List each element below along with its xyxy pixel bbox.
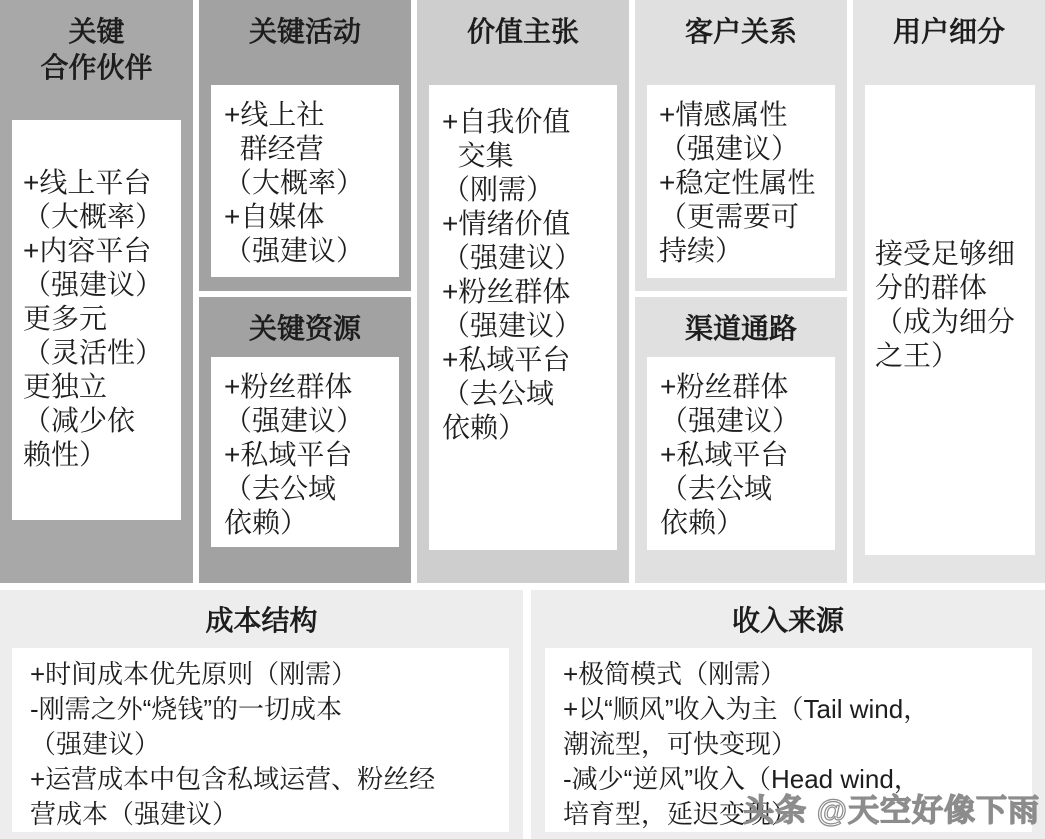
panel-items-key-activities: +线上社 群经营 （大概率） +自媒体 （强建议） bbox=[211, 85, 399, 277]
panel-key-activities: 关键活动 +线上社 群经营 （大概率） +自媒体 （强建议） bbox=[199, 0, 411, 291]
panel-user-segments: 用户细分 接受足够细 分的群体 （成为细分 之王） bbox=[853, 0, 1045, 583]
panel-key-resources: 关键资源 +粉丝群体 （强建议） +私域平台 （去公域 依赖） bbox=[199, 297, 411, 583]
panel-title-cost-structure: 成本结构 bbox=[0, 590, 523, 639]
panel-title-key-resources: 关键资源 bbox=[199, 297, 411, 347]
panel-cost-structure: 成本结构 +时间成本优先原则（刚需） -刚需之外“烧钱”的一切成本 （强建议） … bbox=[0, 590, 523, 839]
panel-key-partners: 关键 合作伙伴 +线上平台 （大概率） +内容平台 （强建议） 更多元 （灵活性… bbox=[0, 0, 193, 583]
panel-items-channels: +粉丝群体 （强建议） +私域平台 （去公域 依赖） bbox=[647, 357, 835, 550]
panel-title-key-activities: 关键活动 bbox=[199, 0, 411, 50]
panel-title-customer-relations: 客户关系 bbox=[635, 0, 847, 50]
panel-items-key-resources: +粉丝群体 （强建议） +私域平台 （去公域 依赖） bbox=[211, 357, 399, 547]
panel-title-user-segments: 用户细分 bbox=[853, 0, 1045, 50]
panel-title-key-partners: 关键 合作伙伴 bbox=[0, 0, 193, 86]
panel-value-proposition: 价值主张 +自我价值 交集 （刚需） +情绪价值 （强建议） +粉丝群体 （强建… bbox=[417, 0, 629, 583]
panel-title-channels: 渠道通路 bbox=[635, 297, 847, 347]
column-customer-channels: 客户关系 +情感属性 （强建议） +稳定性属性 （更需要可 持续） 渠道通路 +… bbox=[635, 0, 847, 583]
panel-items-value-proposition: +自我价值 交集 （刚需） +情绪价值 （强建议） +粉丝群体 （强建议） +私… bbox=[429, 85, 617, 550]
panel-items-key-partners: +线上平台 （大概率） +内容平台 （强建议） 更多元 （灵活性） 更独立 （减… bbox=[12, 120, 181, 520]
panel-items-user-segments: 接受足够细 分的群体 （成为细分 之王） bbox=[865, 85, 1035, 555]
panel-customer-relations: 客户关系 +情感属性 （强建议） +稳定性属性 （更需要可 持续） bbox=[635, 0, 847, 291]
panel-items-revenue-streams: +极简模式（刚需） +以“顺风”收入为主（Tail wind， 潮流型，可快变现… bbox=[545, 648, 1032, 832]
panel-revenue-streams: 收入来源 +极简模式（刚需） +以“顺风”收入为主（Tail wind， 潮流型… bbox=[531, 590, 1045, 839]
canvas-top-row: 关键 合作伙伴 +线上平台 （大概率） +内容平台 （强建议） 更多元 （灵活性… bbox=[0, 0, 1045, 583]
panel-title-revenue-streams: 收入来源 bbox=[531, 590, 1045, 639]
panel-title-value-proposition: 价值主张 bbox=[417, 0, 629, 50]
panel-items-cost-structure: +时间成本优先原则（刚需） -刚需之外“烧钱”的一切成本 （强建议） +运营成本… bbox=[12, 648, 509, 832]
column-activities-resources: 关键活动 +线上社 群经营 （大概率） +自媒体 （强建议） 关键资源 +粉丝群… bbox=[199, 0, 411, 583]
panel-channels: 渠道通路 +粉丝群体 （强建议） +私域平台 （去公域 依赖） bbox=[635, 297, 847, 583]
canvas-bottom-row: 成本结构 +时间成本优先原则（刚需） -刚需之外“烧钱”的一切成本 （强建议） … bbox=[0, 590, 1045, 839]
panel-items-customer-relations: +情感属性 （强建议） +稳定性属性 （更需要可 持续） bbox=[647, 85, 835, 278]
business-model-canvas: 关键 合作伙伴 +线上平台 （大概率） +内容平台 （强建议） 更多元 （灵活性… bbox=[0, 0, 1045, 839]
